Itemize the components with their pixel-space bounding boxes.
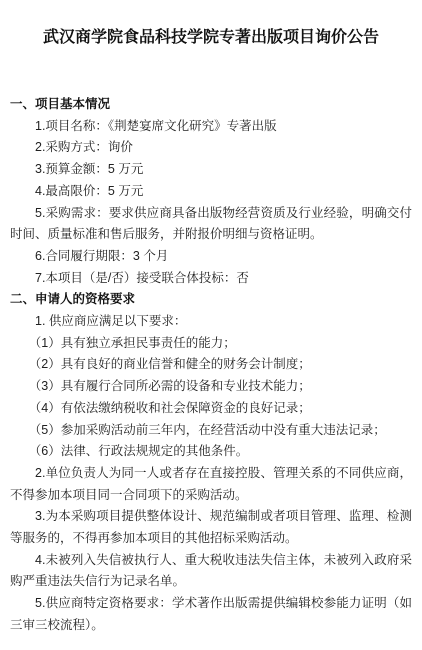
- same-person-restriction-paragraph: 2.单位负责人为同一人或者存在直接控股、管理关系的不同供应商，不得参加本项目同一…: [10, 463, 412, 506]
- requirement-item-1: （1）具有独立承担民事责任的能力；: [10, 333, 412, 355]
- project-name-line: 1.项目名称：《荆楚宴席文化研究》专著出版: [10, 116, 412, 138]
- requirement-item-3: （3）具有履行合同所必需的设备和专业技术能力；: [10, 376, 412, 398]
- section-2-heading: 二、申请人的资格要求: [10, 289, 412, 311]
- requirement-item-5: （5）参加采购活动前三年内，在经营活动中没有重大违法记录；: [10, 420, 412, 442]
- document-page: 武汉商学院食品科技学院专著出版项目询价公告 一、项目基本情况 1.项目名称：《荆…: [0, 0, 422, 650]
- document-title: 武汉商学院食品科技学院专著出版项目询价公告: [10, 26, 412, 50]
- requirement-item-4: （4）有依法缴纳税收和社会保障资金的良好记录；: [10, 398, 412, 420]
- supplier-requirements-intro-line: 1. 供应商应满足以下要求：: [10, 311, 412, 333]
- procurement-method-line: 2.采购方式：询价: [10, 137, 412, 159]
- section-applicant-qualifications: 二、申请人的资格要求 1. 供应商应满足以下要求： （1）具有独立承担民事责任的…: [10, 289, 412, 636]
- specific-qualification-paragraph: 5.供应商特定资格要求：学术著作出版需提供编辑校参能力证明（如三审三校流程）。: [10, 593, 412, 636]
- section-1-heading: 一、项目基本情况: [10, 94, 412, 116]
- dishonesty-list-paragraph: 4.未被列入失信被执行人、重大税收违法失信主体，未被列入政府采购严重违法失信行为…: [10, 550, 412, 593]
- service-provider-restriction-paragraph: 3.为本采购项目提供整体设计、规范编制或者项目管理、监理、检测等服务的，不得再参…: [10, 506, 412, 549]
- contract-period-line: 6.合同履行期限：3 个月: [10, 246, 412, 268]
- budget-amount-line: 3.预算金额：5 万元: [10, 159, 412, 181]
- consortium-bid-line: 7.本项目（是/否）接受联合体投标：否: [10, 268, 412, 290]
- requirement-item-6: （6）法律、行政法规规定的其他条件。: [10, 441, 412, 463]
- requirement-item-2: （2）具有良好的商业信誉和健全的财务会计制度；: [10, 354, 412, 376]
- section-project-basic-info: 一、项目基本情况 1.项目名称：《荆楚宴席文化研究》专著出版 2.采购方式：询价…: [10, 94, 412, 289]
- max-price-line: 4.最高限价：5 万元: [10, 181, 412, 203]
- procurement-requirements-paragraph: 5.采购需求：要求供应商具备出版物经营资质及行业经验，明确交付时间、质量标准和售…: [10, 203, 412, 246]
